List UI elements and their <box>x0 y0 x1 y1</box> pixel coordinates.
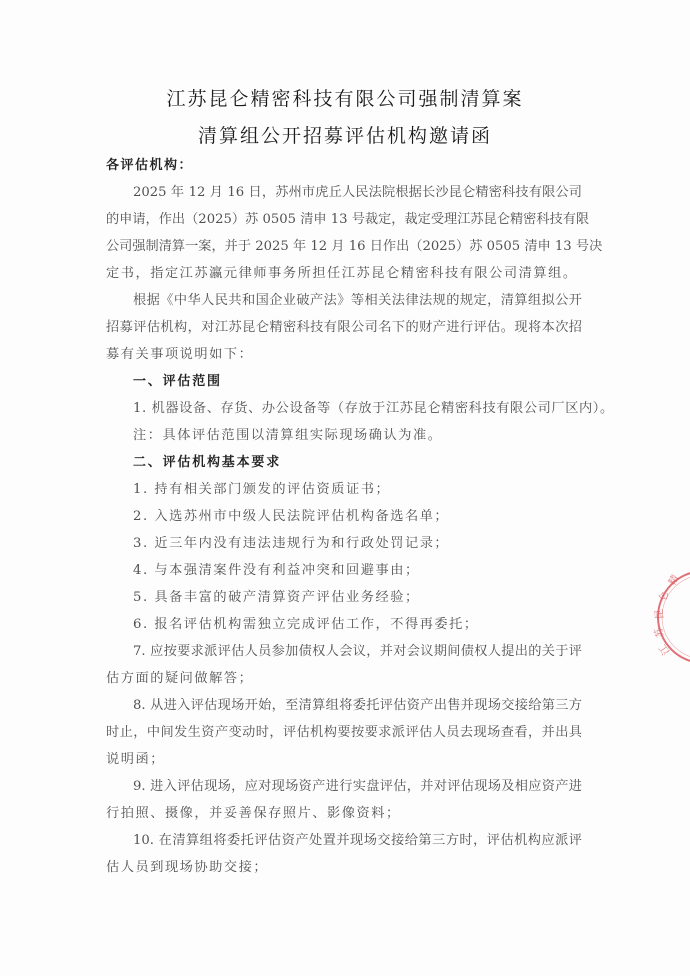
section2-item-7-line-1: 7. 应按要求派评估人员参加债权人会议，并对会议期间债权人提出的关于评 <box>133 643 582 661</box>
basis-line-1: 根据《中华人民共和国企业破产法》等相关法律法规的规定，清算组拟公开 <box>133 292 582 310</box>
svg-text:昆: 昆 <box>653 609 666 620</box>
svg-text:江: 江 <box>657 642 673 657</box>
official-seal-stamp: 精 仑 昆 苏 江 <box>656 562 690 672</box>
svg-text:仑: 仑 <box>657 591 671 603</box>
section2-heading: 二、评估机构基本要求 <box>133 454 582 472</box>
svg-text:精: 精 <box>665 572 681 587</box>
section2-item-10-line-2: 估人员到现场协助交接； <box>106 859 582 877</box>
section2-item-2: 2. 入选苏州市中级人民法院评估机构备选名单； <box>133 508 582 526</box>
section2-item-5: 5. 具备丰富的破产清算资产评估业务经验； <box>133 589 582 607</box>
section1-heading: 一、评估范围 <box>133 373 582 391</box>
salutation: 各评估机构： <box>106 157 582 175</box>
intro-line-3: 公司强制清算一案，并于 2025 年 12 月 16 日作出（2025）苏 05… <box>106 238 582 256</box>
document-title-line2: 清算组公开招募评估机构邀请函 <box>0 121 690 148</box>
basis-line-2: 招募评估机构，对江苏昆仑精密科技有限公司名下的财产进行评估。现将本次招 <box>106 319 582 337</box>
section2-item-9-line-2: 行拍照、摄像，并妥善保存照片、影像资料； <box>106 805 582 823</box>
section1-item-1: 1. 机器设备、存货、办公设备等（存放于江苏昆仑精密科技有限公司厂区内）。 <box>133 400 582 418</box>
document-page: 江苏昆仑精密科技有限公司强制清算案 清算组公开招募评估机构邀请函 各评估机构： … <box>0 0 690 976</box>
document-title-line1: 江苏昆仑精密科技有限公司强制清算案 <box>0 84 690 111</box>
intro-line-4: 定书，指定江苏瀛元律师事务所担任江苏昆仑精密科技有限公司清算组。 <box>106 265 582 283</box>
section2-item-3: 3. 近三年内没有违法违规行为和行政处罚记录； <box>133 535 582 553</box>
intro-line-1: 2025 年 12 月 16 日，苏州市虎丘人民法院根据长沙昆仑精密科技有限公司 <box>133 184 582 202</box>
section2-item-7-line-2: 估方面的疑问做解答； <box>106 670 582 688</box>
section2-item-10-line-1: 10. 在清算组将委托评估资产处置并现场交接给第三方时，评估机构应派评 <box>133 832 582 850</box>
intro-line-2: 的申请，作出（2025）苏 0505 清申 13 号裁定，裁定受理江苏昆仑精密科… <box>106 211 582 229</box>
section2-item-1: 1. 持有相关部门颁发的评估资质证书； <box>133 481 582 499</box>
section2-item-8-line-2: 时止，中间发生资产变动时，评估机构要按要求派评估人员去现场查看，并出具 <box>106 724 582 742</box>
section2-item-8-line-3: 说明函； <box>106 751 582 769</box>
section2-item-4: 4. 与本强清案件没有利益冲突和回避事由； <box>133 562 582 580</box>
section2-item-9-line-1: 9. 进入评估现场，应对现场资产进行实盘评估，并对评估现场及相应资产进 <box>133 778 582 796</box>
section1-note: 注：具体评估范围以清算组实际现场确认为准。 <box>133 427 582 445</box>
section2-item-8-line-1: 8. 从进入评估现场开始，至清算组将委托评估资产出售并现场交接给第三方 <box>133 697 582 715</box>
basis-line-3: 募有关事项说明如下： <box>106 346 582 364</box>
section2-item-6: 6. 报名评估机构需独立完成评估工作，不得再委托； <box>133 616 582 634</box>
